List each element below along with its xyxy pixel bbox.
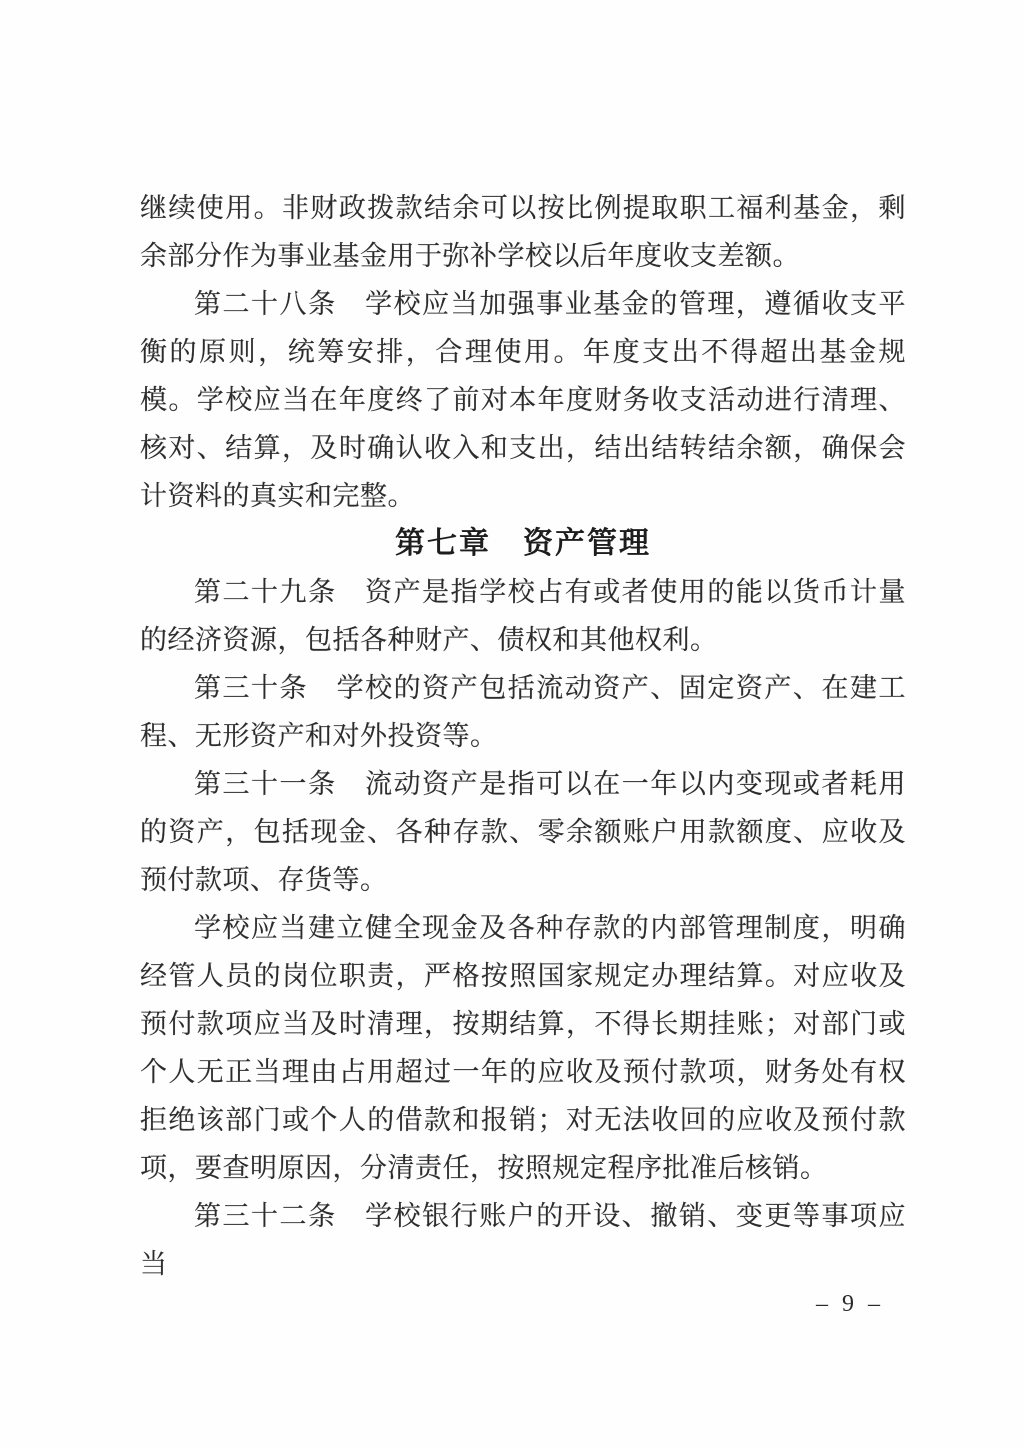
paragraph-continuation: 继续使用。非财政拨款结余可以按比例提取职工福利基金，剩余部分作为事业基金用于弥补… <box>140 184 906 280</box>
chapter-7-heading: 第七章 资产管理 <box>140 520 906 568</box>
paragraph-article-31-part2: 学校应当建立健全现金及各种存款的内部管理制度，明确经管人员的岗位职责，严格按照国… <box>140 904 906 1192</box>
document-page: 继续使用。非财政拨款结余可以按比例提取职工福利基金，剩余部分作为事业基金用于弥补… <box>0 0 1024 1448</box>
paragraph-article-30: 第三十条 学校的资产包括流动资产、固定资产、在建工程、无形资产和对外投资等。 <box>140 664 906 760</box>
document-body: 继续使用。非财政拨款结余可以按比例提取职工福利基金，剩余部分作为事业基金用于弥补… <box>140 184 906 1288</box>
paragraph-article-29: 第二十九条 资产是指学校占有或者使用的能以货币计量的经济资源，包括各种财产、债权… <box>140 568 906 664</box>
page-number: – 9 – <box>816 1288 884 1320</box>
paragraph-article-28: 第二十八条 学校应当加强事业基金的管理，遵循收支平衡的原则，统筹安排，合理使用。… <box>140 280 906 520</box>
paragraph-article-31: 第三十一条 流动资产是指可以在一年以内变现或者耗用的资产，包括现金、各种存款、零… <box>140 760 906 904</box>
paragraph-article-32-opening: 第三十二条 学校银行账户的开设、撤销、变更等事项应当 <box>140 1192 906 1288</box>
